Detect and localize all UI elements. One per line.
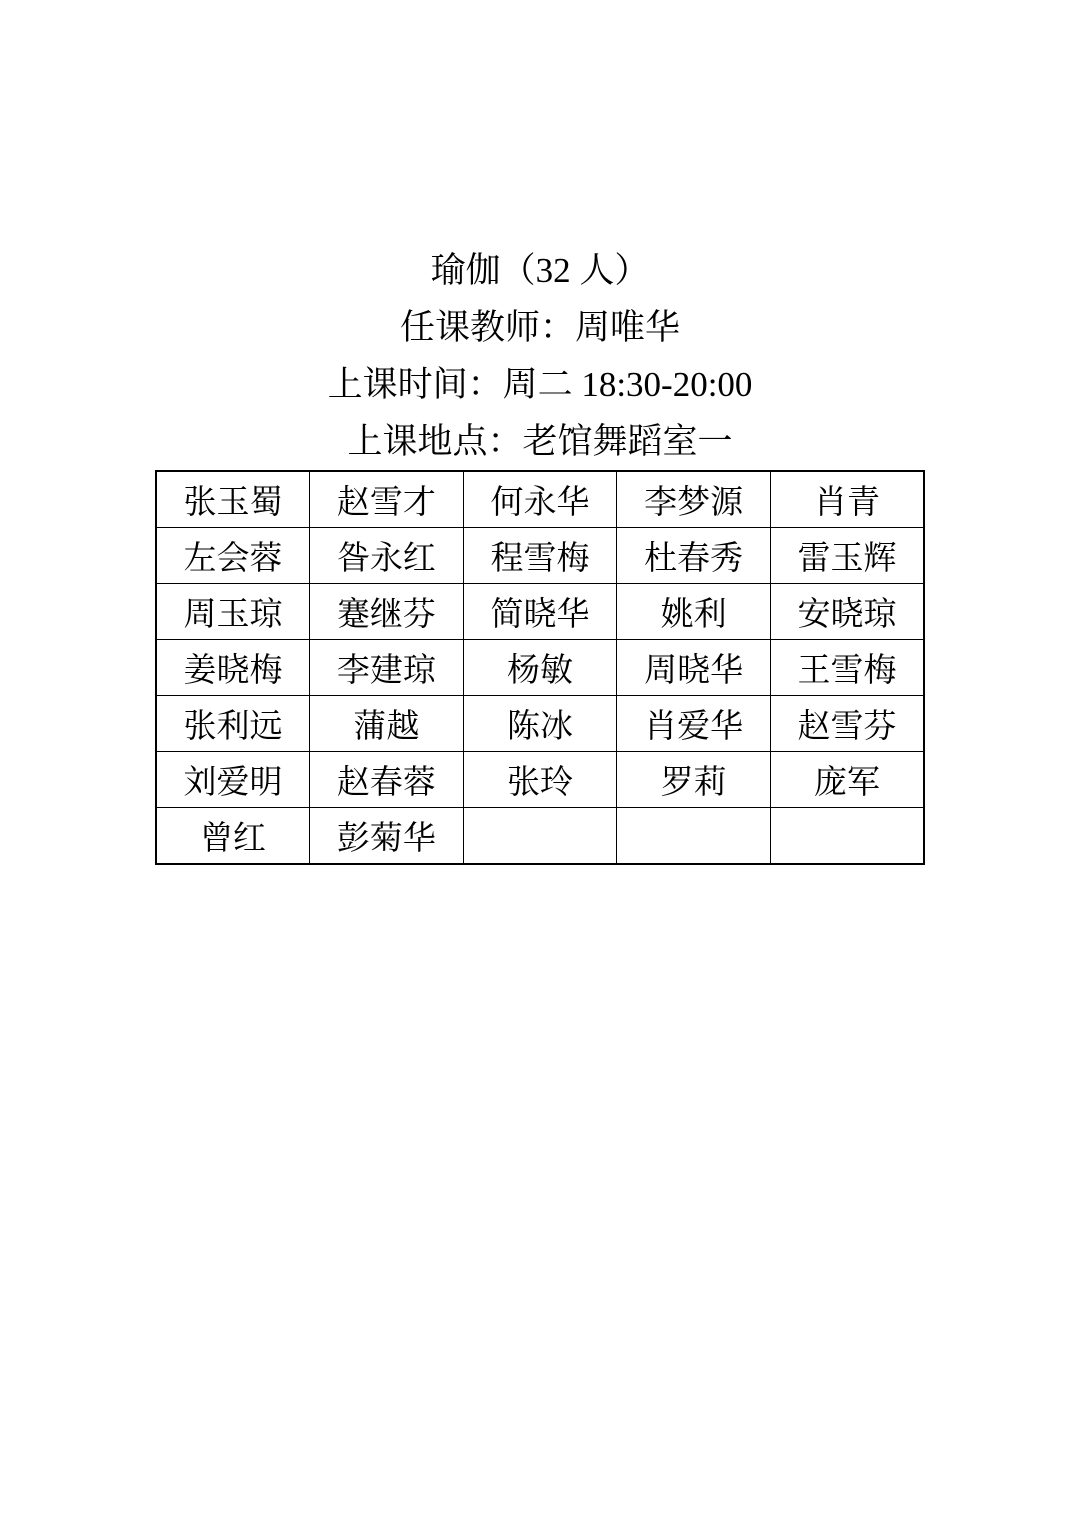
roster-cell: 左会蓉: [156, 528, 310, 584]
document-page: 瑜伽（32 人） 任课教师：周唯华 上课时间：周二 18:30-20:00 上课…: [0, 0, 1080, 1527]
roster-table: 张玉蜀赵雪才何永华李梦源肖青左会蓉昝永红程雪梅杜春秀雷玉辉周玉琼蹇继芬简晓华姚利…: [155, 470, 925, 865]
roster-cell: 昝永红: [310, 528, 464, 584]
roster-row: 曾红彭菊华: [156, 808, 924, 865]
roster-cell: 杜春秀: [617, 528, 771, 584]
roster-cell-empty: [463, 808, 617, 865]
roster-row: 左会蓉昝永红程雪梅杜春秀雷玉辉: [156, 528, 924, 584]
time-line: 上课时间：周二 18:30-20:00: [0, 356, 1080, 413]
roster-cell: 周晓华: [617, 640, 771, 696]
roster-row: 张玉蜀赵雪才何永华李梦源肖青: [156, 471, 924, 528]
roster-cell: 蹇继芬: [310, 584, 464, 640]
roster-cell: 姚利: [617, 584, 771, 640]
roster-cell: 张利远: [156, 696, 310, 752]
roster-cell: 李梦源: [617, 471, 771, 528]
teacher-line: 任课教师：周唯华: [0, 299, 1080, 356]
roster-cell: 曾红: [156, 808, 310, 865]
roster-cell: 赵雪才: [310, 471, 464, 528]
roster-cell: 简晓华: [463, 584, 617, 640]
roster-body: 张玉蜀赵雪才何永华李梦源肖青左会蓉昝永红程雪梅杜春秀雷玉辉周玉琼蹇继芬简晓华姚利…: [156, 471, 924, 864]
roster-cell: 杨敏: [463, 640, 617, 696]
roster-cell: 蒲越: [310, 696, 464, 752]
roster-cell: 刘爱明: [156, 752, 310, 808]
roster-cell: 彭菊华: [310, 808, 464, 865]
roster-row: 周玉琼蹇继芬简晓华姚利安晓琼: [156, 584, 924, 640]
roster-row: 姜晓梅李建琼杨敏周晓华王雪梅: [156, 640, 924, 696]
roster-cell: 肖爱华: [617, 696, 771, 752]
roster-cell: 周玉琼: [156, 584, 310, 640]
course-title: 瑜伽（32 人）: [0, 242, 1080, 299]
roster-cell: 庞军: [770, 752, 924, 808]
roster-cell: 赵雪芬: [770, 696, 924, 752]
roster-cell: 姜晓梅: [156, 640, 310, 696]
roster-cell: 罗莉: [617, 752, 771, 808]
roster-cell: 肖青: [770, 471, 924, 528]
roster-cell: 赵春蓉: [310, 752, 464, 808]
roster-cell: 安晓琼: [770, 584, 924, 640]
roster-cell: 张玲: [463, 752, 617, 808]
roster-cell: 李建琼: [310, 640, 464, 696]
roster-cell-empty: [617, 808, 771, 865]
roster-cell: 陈冰: [463, 696, 617, 752]
header-block: 瑜伽（32 人） 任课教师：周唯华 上课时间：周二 18:30-20:00 上课…: [0, 242, 1080, 470]
roster-cell: 雷玉辉: [770, 528, 924, 584]
roster-cell: 王雪梅: [770, 640, 924, 696]
roster-cell: 何永华: [463, 471, 617, 528]
roster-row: 张利远蒲越陈冰肖爱华赵雪芬: [156, 696, 924, 752]
roster-cell-empty: [770, 808, 924, 865]
roster-row: 刘爱明赵春蓉张玲罗莉庞军: [156, 752, 924, 808]
roster-cell: 张玉蜀: [156, 471, 310, 528]
roster-cell: 程雪梅: [463, 528, 617, 584]
location-line: 上课地点：老馆舞蹈室一: [0, 413, 1080, 470]
